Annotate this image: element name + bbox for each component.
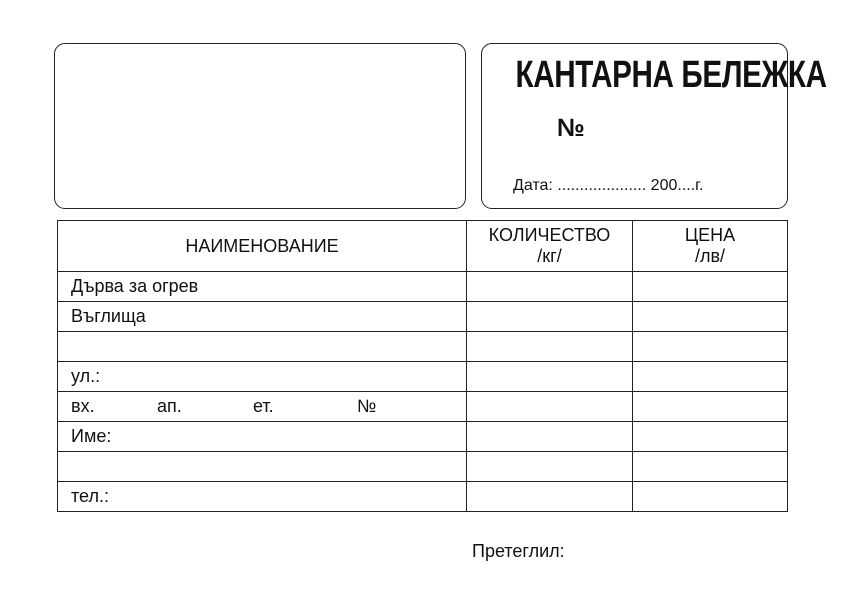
- entrance-label: вх.: [71, 396, 157, 417]
- price-cell[interactable]: [633, 452, 788, 482]
- quantity-cell[interactable]: [467, 482, 633, 512]
- phone-cell[interactable]: тел.:: [58, 482, 467, 512]
- quantity-cell[interactable]: [467, 332, 633, 362]
- column-header-price: ЦЕНА /лв/: [633, 221, 788, 272]
- quantity-cell[interactable]: [467, 392, 633, 422]
- receipt-header-box: КАНТАРНА БЕЛЕЖКА № Дата: ...............…: [481, 43, 788, 209]
- name-cell[interactable]: Дърва за огрев: [58, 272, 467, 302]
- receipt-number-label: №: [557, 114, 585, 143]
- name-cell[interactable]: [58, 452, 467, 482]
- quantity-cell[interactable]: [467, 362, 633, 392]
- logo-stamp-area: [54, 43, 466, 209]
- floor-label: ет.: [253, 396, 357, 417]
- price-cell[interactable]: [633, 422, 788, 452]
- items-table: НАИМЕНОВАНИЕ КОЛИЧЕСТВО /кг/ ЦЕНА /лв/ Д…: [57, 220, 788, 512]
- date-field[interactable]: Дата: .................... 200....г.: [513, 177, 703, 195]
- apartment-label: ап.: [157, 396, 253, 417]
- address-details-cell[interactable]: вх.ап.ет.№: [58, 392, 467, 422]
- table-row: [58, 332, 788, 362]
- price-cell[interactable]: [633, 332, 788, 362]
- table-row: тел.:: [58, 482, 788, 512]
- quantity-cell[interactable]: [467, 272, 633, 302]
- table-row: Въглища: [58, 302, 788, 332]
- number-label: №: [357, 396, 376, 417]
- table-row: [58, 452, 788, 482]
- table-row: Дърва за огрев: [58, 272, 788, 302]
- table-header-row: НАИМЕНОВАНИЕ КОЛИЧЕСТВО /кг/ ЦЕНА /лв/: [58, 221, 788, 272]
- price-cell[interactable]: [633, 482, 788, 512]
- column-header-quantity: КОЛИЧЕСТВО /кг/: [467, 221, 633, 272]
- name-cell[interactable]: [58, 332, 467, 362]
- price-cell[interactable]: [633, 272, 788, 302]
- column-header-name: НАИМЕНОВАНИЕ: [58, 221, 467, 272]
- price-cell[interactable]: [633, 362, 788, 392]
- document-title: КАНТАРНА БЕЛЕЖКА: [516, 54, 754, 97]
- price-cell[interactable]: [633, 302, 788, 332]
- quantity-cell[interactable]: [467, 452, 633, 482]
- price-cell[interactable]: [633, 392, 788, 422]
- customer-name-cell[interactable]: Име:: [58, 422, 467, 452]
- weighed-by-label: Претеглил:: [472, 541, 565, 562]
- table-row: Име:: [58, 422, 788, 452]
- name-cell[interactable]: Въглища: [58, 302, 467, 332]
- quantity-cell[interactable]: [467, 302, 633, 332]
- table-row: ул.:: [58, 362, 788, 392]
- table-row: вх.ап.ет.№: [58, 392, 788, 422]
- quantity-cell[interactable]: [467, 422, 633, 452]
- street-cell[interactable]: ул.:: [58, 362, 467, 392]
